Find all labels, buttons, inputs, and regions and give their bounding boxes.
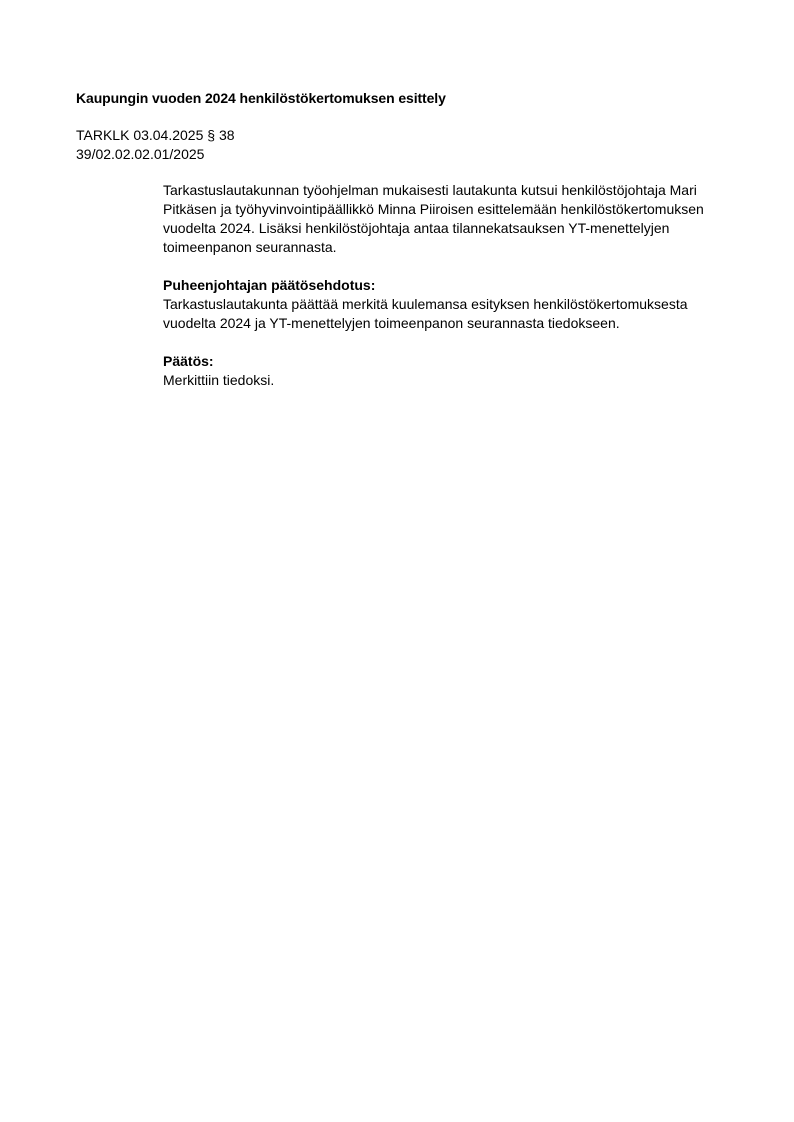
meeting-reference: TARKLK 03.04.2025 § 38 (76, 126, 235, 145)
spacer (163, 333, 743, 352)
intro-line: toimeenpanon seurannasta. (163, 238, 743, 257)
intro-line: vuodelta 2024. Lisäksi henkilöstöjohtaja… (163, 219, 743, 238)
decision-heading: Päätös: (163, 352, 743, 371)
intro-line: Pitkäsen ja työhyvinvointipäällikkö Minn… (163, 200, 743, 219)
proposal-section: Puheenjohtajan päätösehdotus: Tarkastusl… (163, 276, 743, 333)
document-body: Tarkastuslautakunnan työohjelman mukaise… (163, 181, 743, 390)
intro-line: Tarkastuslautakunnan työohjelman mukaise… (163, 181, 743, 200)
record-number: 39/02.02.02.01/2025 (76, 145, 235, 164)
intro-paragraph: Tarkastuslautakunnan työohjelman mukaise… (163, 181, 743, 257)
spacer (163, 257, 743, 276)
document-meta: TARKLK 03.04.2025 § 38 39/02.02.02.01/20… (76, 126, 235, 164)
decision-section: Päätös: Merkittiin tiedoksi. (163, 352, 743, 390)
proposal-heading: Puheenjohtajan päätösehdotus: (163, 276, 743, 295)
proposal-line: vuodelta 2024 ja YT-menettelyjen toimeen… (163, 314, 743, 333)
document-page: Kaupungin vuoden 2024 henkilöstökertomuk… (0, 0, 794, 1122)
document-title: Kaupungin vuoden 2024 henkilöstökertomuk… (76, 89, 446, 107)
proposal-line: Tarkastuslautakunta päättää merkitä kuul… (163, 295, 743, 314)
decision-line: Merkittiin tiedoksi. (163, 371, 743, 390)
